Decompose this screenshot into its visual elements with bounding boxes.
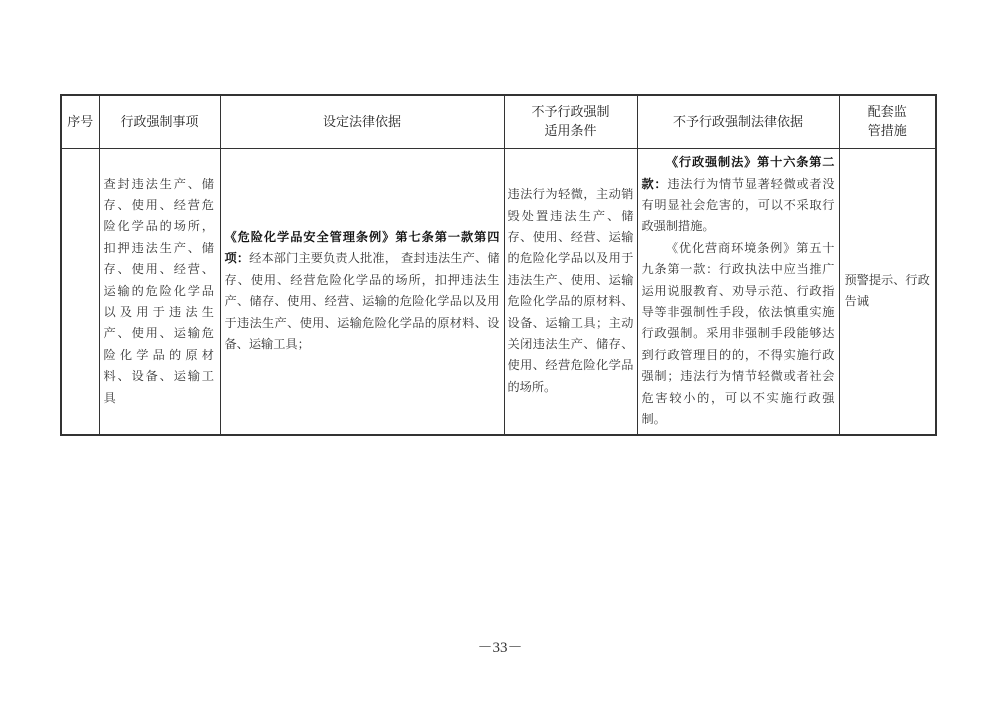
header-supervision-measures: 配套监 管措施 [839, 95, 936, 149]
header-exemption-legal-basis: 不予行政强制法律依据 [637, 95, 839, 149]
header-index: 序号 [61, 95, 99, 149]
cell-exemption-conditions: 违法行为轻微，主动销毁处置违法生产、储存、使用、经营、运输的危险化学品以及用于违… [504, 149, 637, 435]
table-row: 查封违法生产、储存、使用、经营危险化学品的场所，扣押违法生产、储存、使用、经营、… [61, 149, 936, 435]
basis-law-text: 经本部门主要负责人批准， 查封违法生产、储存、使用、经营危险化学品的场所，扣押违… [225, 251, 500, 351]
enforcement-table: 序号 行政强制事项 设定法律依据 不予行政强制 适用条件 不予行政强制法律依据 … [60, 94, 937, 436]
header-legal-basis: 设定法律依据 [220, 95, 504, 149]
cell-enforcement-item: 查封违法生产、储存、使用、经营危险化学品的场所，扣押违法生产、储存、使用、经营、… [99, 149, 220, 435]
cell-supervision-measures: 预警提示、行政告诫 [839, 149, 936, 435]
table-header-row: 序号 行政强制事项 设定法律依据 不予行政强制 适用条件 不予行政强制法律依据 … [61, 95, 936, 149]
exemption-basis-1: 《行政强制法》第十六条第二款：违法行为情节显著轻微或者没有明显社会危害的，可以不… [642, 152, 835, 238]
exemption-basis-1-text: 违法行为情节显著轻微或者没有明显社会危害的，可以不采取行政强制措施。 [642, 177, 835, 234]
cell-index [61, 149, 99, 435]
header-enforcement-item: 行政强制事项 [99, 95, 220, 149]
cell-legal-basis: 《危险化学品安全管理条例》第七条第一款第四项：经本部门主要负责人批准， 查封违法… [220, 149, 504, 435]
cell-exemption-legal-basis: 《行政强制法》第十六条第二款：违法行为情节显著轻微或者没有明显社会危害的，可以不… [637, 149, 839, 435]
page-number: －33－ [0, 636, 1000, 657]
exemption-basis-2: 《优化营商环境条例》第五十九条第一款：行政执法中应当推广运用说服教育、劝导示范、… [642, 238, 835, 431]
header-exemption-conditions: 不予行政强制 适用条件 [504, 95, 637, 149]
